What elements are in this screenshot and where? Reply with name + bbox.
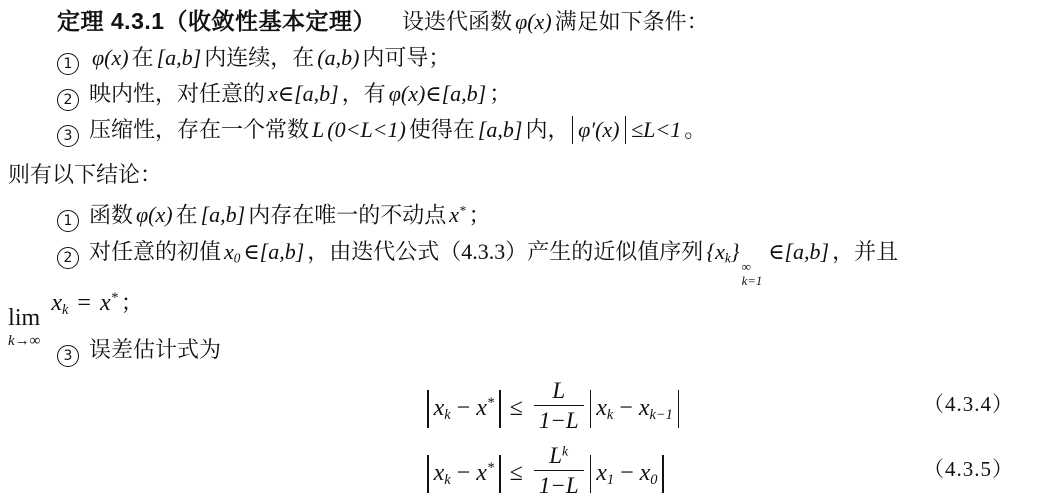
text-run: 内可导；	[362, 45, 450, 70]
condition-2: 2映内性，对任意的x∈[a,b]，有φ(x)∈[a,b]；	[57, 79, 511, 111]
math-run: x1	[596, 460, 614, 486]
abs-bar	[427, 390, 429, 428]
textbook-page: 定理 4.3.1（收敛性基本定理）设迭代函数φ(x)满足如下条件： 1φ(x)在…	[0, 0, 1044, 504]
lim-subscript: k→∞	[8, 334, 40, 349]
math-run: φ(x)	[92, 45, 129, 70]
item-number: 2	[64, 251, 73, 265]
math-run: L	[312, 117, 324, 142]
math-run: ≤L<1	[631, 117, 681, 142]
abs-bar	[678, 390, 680, 428]
math-run: x0	[640, 460, 658, 486]
circled-number-1-icon: 1	[57, 210, 79, 232]
math-run: xk	[434, 460, 451, 486]
math-base: x	[596, 395, 607, 421]
math-base: L	[552, 378, 565, 403]
theorem-heading-line: 定理 4.3.1（收敛性基本定理）设迭代函数φ(x)满足如下条件：	[57, 6, 709, 37]
math-base: x	[640, 460, 651, 486]
math-run: φ(x)	[136, 202, 173, 227]
text-run: 。	[684, 117, 706, 142]
condition-1: 1φ(x)在[a,b]内连续，在(a,b)内可导；	[57, 43, 450, 75]
conclusion-intro: 则有以下结论：	[8, 160, 162, 190]
circled-number-2-icon: 2	[57, 247, 79, 269]
brace-open: {	[706, 239, 715, 264]
math-sub: k	[444, 407, 450, 423]
math-sub: k	[444, 472, 450, 488]
math-run: [a,b]	[201, 202, 246, 227]
math-run: xk	[434, 395, 451, 421]
math-base: x	[434, 460, 445, 486]
minus-sign: −	[619, 395, 633, 421]
text-run: ，由迭代公式（4.3.3）产生的近似值序列	[307, 239, 703, 264]
math-base: x	[224, 239, 234, 264]
equation-number-435: （4.3.5）	[923, 453, 1014, 483]
math-base: x	[434, 395, 445, 421]
math-run: (a,b)	[317, 45, 359, 70]
math-sub: 0	[650, 472, 657, 488]
math-run: x∈[a,b]	[268, 81, 339, 106]
text-run: 对任意的初值	[89, 239, 221, 264]
equation-number-434: （4.3.4）	[923, 388, 1014, 418]
math-sub: 1	[607, 472, 614, 488]
math-run: x*	[476, 395, 494, 421]
abs-bar	[625, 116, 627, 144]
math-base: x	[639, 395, 650, 421]
math-sup: *	[487, 395, 494, 411]
fixed-point-math: x*	[449, 202, 465, 227]
text-run: ；	[489, 81, 511, 106]
conclusion-3: 3误差估计式为	[57, 335, 221, 367]
text-run: 误差估计式为	[89, 337, 221, 362]
fraction-denominator: 1−L	[534, 405, 584, 434]
math-base: x	[715, 239, 725, 264]
math-sup: k	[562, 443, 568, 458]
limit-operator: limk→∞	[8, 306, 40, 349]
item-number: 3	[64, 129, 73, 143]
math-sub: 0	[234, 251, 241, 266]
text-run: 映内性，对任意的	[89, 81, 265, 106]
math-base: x	[100, 290, 111, 316]
math-run: φ(x)∈[a,b]	[389, 81, 487, 106]
sequence-math: {xk}∞k=1	[706, 239, 762, 264]
theorem-title: 定理 4.3.1（收敛性基本定理）	[57, 8, 376, 34]
text-run: 使得在	[409, 117, 475, 142]
math-run: φ′(x)	[578, 117, 619, 142]
math-run: xk−1	[639, 395, 673, 421]
math-sub: k=1	[742, 274, 763, 288]
equals-sign: =	[77, 290, 91, 316]
math-base: L	[549, 443, 562, 468]
math-base: x	[449, 202, 459, 227]
text-run: 内，	[526, 117, 570, 142]
math-sub: k−1	[649, 407, 672, 423]
item-number: 3	[64, 349, 73, 363]
abs-bar	[590, 390, 592, 428]
abs-bar	[590, 455, 592, 493]
math-sup: ∞	[742, 260, 751, 274]
initial-value-math: x0	[224, 239, 240, 264]
math-run: ∈[a,b]	[243, 239, 304, 264]
conclusion-2: 2对任意的初值x0∈[a,b]，由迭代公式（4.3.3）产生的近似值序列{xk}…	[57, 237, 898, 289]
equation-row-435: xk−x*≤Lk1−Lx1−x0 （4.3.5）	[0, 440, 1044, 500]
abs-bar	[572, 116, 574, 144]
abs-bar	[662, 455, 664, 493]
text-run: ；	[121, 290, 143, 315]
math-run: (0<L<1)	[327, 117, 406, 142]
item-number: 1	[64, 214, 73, 228]
math-base: x	[476, 460, 487, 486]
text-run: 在	[176, 202, 198, 227]
math-sub: k	[607, 407, 613, 423]
text-run: 则有以下结论：	[8, 162, 162, 187]
math-base: x	[596, 460, 607, 486]
item-number: 2	[64, 93, 73, 107]
minus-sign: −	[457, 395, 471, 421]
math-sub: k	[62, 302, 68, 318]
fraction-denominator: 1−L	[534, 470, 584, 499]
math-run: x*	[100, 290, 118, 316]
condition-3: 3压缩性，存在一个常数L(0<L<1)使得在[a,b]内，φ′(x)≤L<1。	[57, 115, 706, 147]
leq-sign: ≤	[510, 460, 523, 486]
text-run: ，并且	[832, 239, 898, 264]
math-sup: *	[111, 290, 118, 306]
circled-number-3-icon: 3	[57, 345, 79, 367]
fraction: L1−L	[534, 378, 584, 435]
fraction: Lk1−L	[534, 443, 584, 500]
text-run: ；	[469, 202, 491, 227]
math-run: [a,b]	[478, 117, 523, 142]
fraction-numerator: Lk	[534, 443, 584, 470]
minus-sign: −	[457, 460, 471, 486]
math-run: ∈[a,b]	[768, 239, 829, 264]
circled-number-1-icon: 1	[57, 53, 79, 75]
circled-number-2-icon: 2	[57, 89, 79, 111]
minus-sign: −	[620, 460, 634, 486]
lim-word: lim	[8, 306, 40, 330]
math-run: [a,b]	[157, 45, 202, 70]
intro-text: 设迭代函数	[402, 9, 512, 34]
item-number: 1	[64, 57, 73, 71]
intro-tail: 满足如下条件：	[555, 9, 709, 34]
text-run: 函数	[89, 202, 133, 227]
math-sup: *	[487, 460, 494, 476]
text-run: 内连续，在	[204, 45, 314, 70]
brace-close: }	[731, 239, 740, 264]
phi-x-math: φ(x)	[515, 9, 552, 34]
text-run: 压缩性，存在一个常数	[89, 117, 309, 142]
equation-row-434: xk−x*≤L1−Lxk−xk−1 （4.3.4）	[0, 375, 1044, 435]
math-run: xk	[596, 395, 613, 421]
equation-435: xk−x*≤Lk1−Lx1−x0	[425, 440, 666, 504]
conclusion-1: 1函数φ(x)在[a,b]内存在唯一的不动点x*；	[57, 196, 491, 232]
sequence-limits: ∞k=1	[742, 260, 763, 289]
fraction-numerator: L	[534, 378, 584, 405]
math-sup: *	[459, 203, 466, 218]
math-run: x*	[476, 460, 494, 486]
math-run: xk	[51, 290, 68, 316]
abs-bar	[499, 455, 501, 493]
text-run: ，有	[342, 81, 386, 106]
equation-434: xk−x*≤L1−Lxk−xk−1	[425, 375, 681, 443]
leq-sign: ≤	[510, 395, 523, 421]
circled-number-3-icon: 3	[57, 125, 79, 147]
math-base: x	[51, 290, 62, 316]
text-run: 内存在唯一的不动点	[248, 202, 446, 227]
abs-bar	[499, 390, 501, 428]
abs-bar	[427, 455, 429, 493]
text-run: 在	[132, 45, 154, 70]
math-base: x	[476, 395, 487, 421]
